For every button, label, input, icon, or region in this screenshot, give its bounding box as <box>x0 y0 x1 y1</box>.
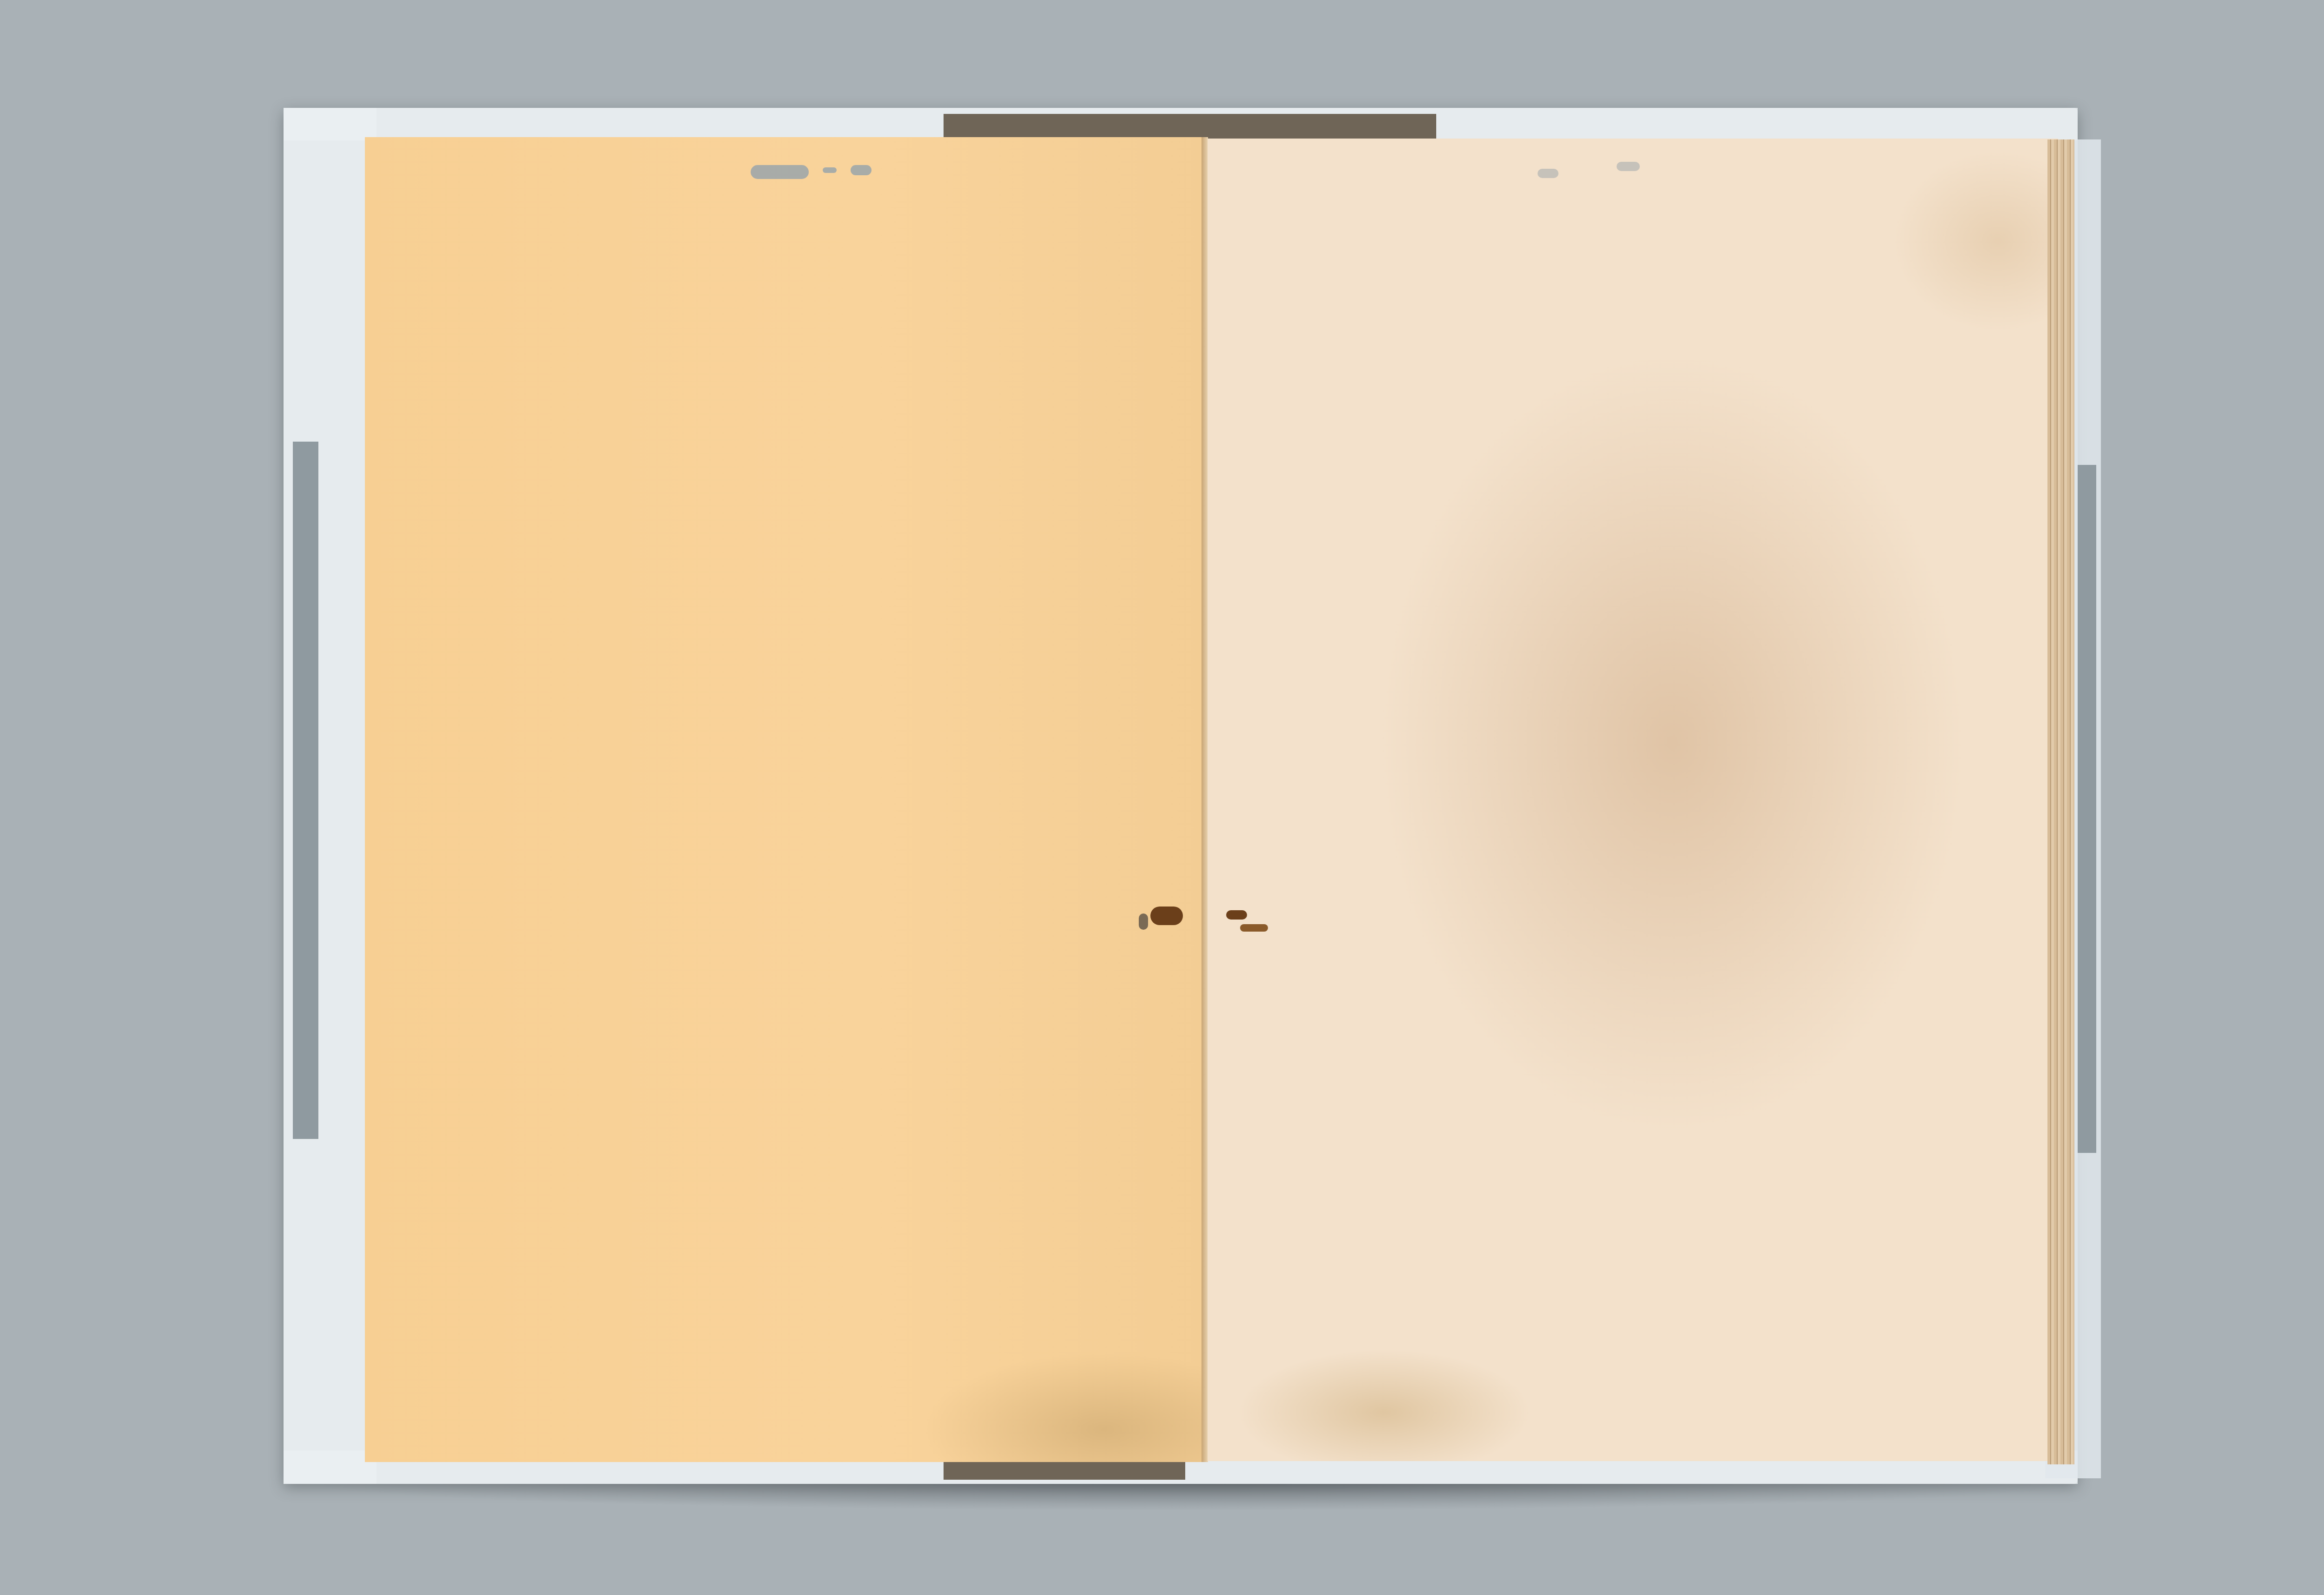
wrapper-shadow-band-right <box>2078 465 2096 1153</box>
right-page <box>1208 139 2058 1461</box>
worm-damage-mark <box>1240 924 1268 932</box>
wormhole-mark <box>851 165 871 175</box>
book-gutter <box>1202 137 1208 1462</box>
worm-damage-mark <box>1150 907 1183 925</box>
wrapper-shadow-band-left <box>293 442 318 1139</box>
wormhole-mark <box>751 165 809 179</box>
wormhole-mark <box>823 167 837 173</box>
worm-damage-mark <box>1139 913 1148 930</box>
wormhole-mark <box>1617 162 1640 171</box>
worm-damage-mark <box>1226 910 1247 920</box>
spine-cloth-top <box>944 114 1436 139</box>
fore-edge-page-stack <box>2047 139 2074 1464</box>
left-page <box>365 137 1204 1462</box>
wormhole-mark <box>1538 169 1558 178</box>
